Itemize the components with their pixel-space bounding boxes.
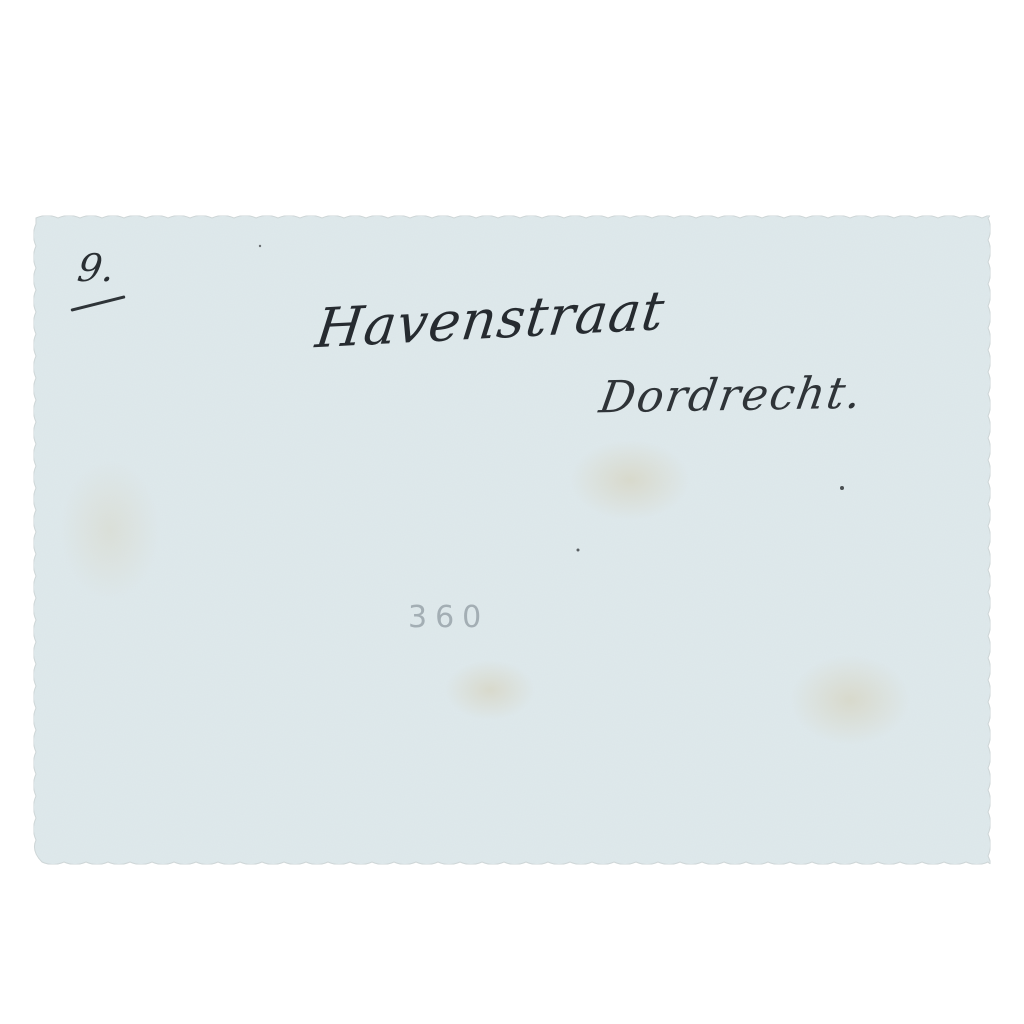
photo-card-back: 9. Havenstraat Dordrecht. 360 bbox=[30, 210, 996, 870]
stamped-number: 360 bbox=[408, 600, 489, 635]
handwritten-city-name: Dordrecht. bbox=[596, 368, 867, 424]
photo-scene: 9. Havenstraat Dordrecht. 360 bbox=[0, 0, 1024, 1024]
handwritten-number: 9. bbox=[75, 246, 117, 290]
